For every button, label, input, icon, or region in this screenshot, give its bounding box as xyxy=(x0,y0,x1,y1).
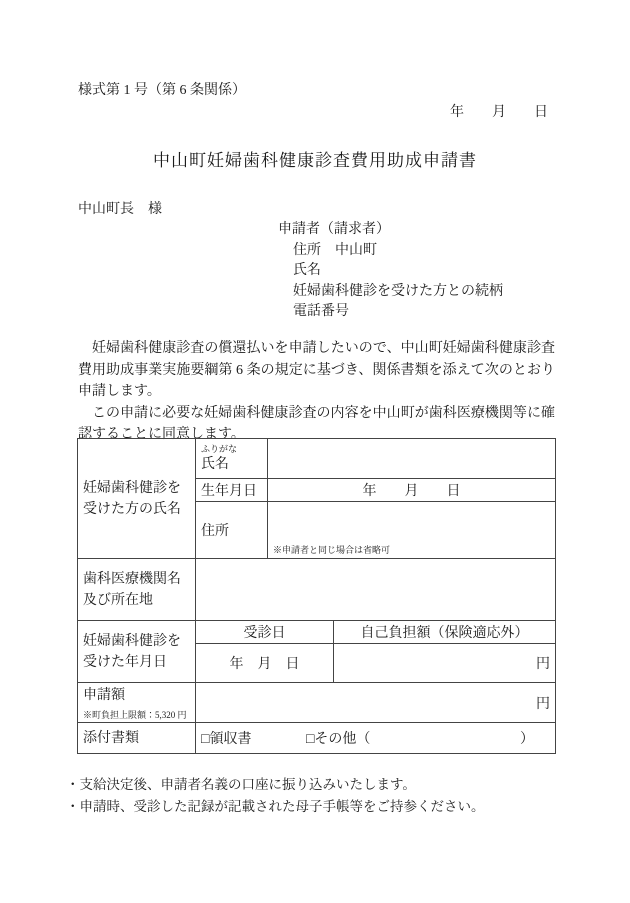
applicant-address: 住所 中山町 xyxy=(293,241,503,262)
page-title: 中山町妊婦歯科健康診査費用助成申請書 xyxy=(0,146,630,171)
birthdate-input-cell[interactable]: 年 月 日 xyxy=(268,479,556,502)
yen-unit-label: 円 xyxy=(536,657,550,672)
application-table: 妊婦歯科健診を 受けた方の氏名 ふりがな 氏名 生年月日 年 月 日 住所 ※申… xyxy=(77,438,556,754)
furigana-label: ふりがな xyxy=(201,443,262,455)
amount-limit-note: ※町負担上限額：5,320 円 xyxy=(83,709,190,721)
address-label-cell: 住所 xyxy=(196,502,268,559)
name-label: 氏名 xyxy=(201,455,262,475)
applicant-relation: 妊婦歯科健診を受けた方との続柄 xyxy=(293,282,503,303)
yen-unit-label: 円 xyxy=(536,697,550,712)
examinee-label-line1: 妊婦歯科健診を xyxy=(83,478,190,499)
address-note: ※申請者と同じ場合は省略可 xyxy=(273,543,390,556)
clinic-label-line2: 及び所在地 xyxy=(83,590,190,611)
applicant-block: 申請者（請求者） 住所 中山町 氏名 妊婦歯科健診を受けた方との続柄 電話番号 xyxy=(278,220,503,323)
amount-label: 申請額 xyxy=(83,685,190,706)
visit-date-header-cell: 受診日 xyxy=(196,621,334,644)
table-row: 妊婦歯科健診を 受けた年月日 受診日 自己負担額（保険適応外） xyxy=(78,621,556,644)
attachments-input-cell: □領収書 □その他（ ） xyxy=(196,723,556,754)
form-number: 様式第 1 号（第 6 条関係） xyxy=(78,79,246,99)
application-form-page: 様式第 1 号（第 6 条関係） 年 月 日 中山町妊婦歯科健康診査費用助成申請… xyxy=(0,0,630,903)
date-line: 年 月 日 xyxy=(450,101,548,121)
other-close-paren: ） xyxy=(520,732,534,747)
footnotes-block: ・支給決定後、申請者名義の口座に振り込みいたします。 ・申請時、受診した記録が記… xyxy=(66,774,485,818)
receipt-checkbox[interactable]: □領収書 xyxy=(201,732,251,747)
paragraph-request: 妊婦歯科健康診査の償還払いを申請したいので、中山町妊婦歯科健康診査費用助成事業実… xyxy=(78,338,555,403)
clinic-label-cell: 歯科医療機関名 及び所在地 xyxy=(78,559,196,621)
exam-date-label-line1: 妊婦歯科健診を xyxy=(83,631,190,652)
exam-date-label-cell: 妊婦歯科健診を 受けた年月日 xyxy=(78,621,196,683)
table-row: 妊婦歯科健診を 受けた方の氏名 ふりがな 氏名 xyxy=(78,439,556,479)
amount-label-cell: 申請額 ※町負担上限額：5,320 円 xyxy=(78,683,196,723)
other-checkbox[interactable]: □その他（ xyxy=(306,732,370,747)
table-row: 添付書類 □領収書 □その他（ ） xyxy=(78,723,556,754)
table-row: 申請額 ※町負担上限額：5,320 円 円 xyxy=(78,683,556,723)
examinee-name-label-cell: 妊婦歯科健診を 受けた方の氏名 xyxy=(78,439,196,559)
exam-date-label-line2: 受けた年月日 xyxy=(83,652,190,673)
visit-date-input-cell[interactable]: 年 月 日 xyxy=(196,644,334,683)
applicant-phone: 電話番号 xyxy=(293,302,503,323)
examinee-label-line2: 受けた方の氏名 xyxy=(83,499,190,520)
attachments-label-cell: 添付書類 xyxy=(78,723,196,754)
note-bring-booklet: ・申請時、受診した記録が記載された母子手帳等をご持参ください。 xyxy=(66,796,485,818)
body-paragraphs: 妊婦歯科健康診査の償還払いを申請したいので、中山町妊婦歯科健康診査費用助成事業実… xyxy=(78,338,555,446)
self-pay-input-cell[interactable]: 円 xyxy=(334,644,556,683)
applicant-heading: 申請者（請求者） xyxy=(278,220,503,241)
table-row: 歯科医療機関名 及び所在地 xyxy=(78,559,556,621)
birthdate-label-cell: 生年月日 xyxy=(196,479,268,502)
clinic-input-cell[interactable] xyxy=(196,559,556,621)
self-pay-header-cell: 自己負担額（保険適応外） xyxy=(334,621,556,644)
applicant-name: 氏名 xyxy=(293,261,503,282)
address-input-cell[interactable]: ※申請者と同じ場合は省略可 xyxy=(268,502,556,559)
note-payment: ・支給決定後、申請者名義の口座に振り込みいたします。 xyxy=(66,774,485,796)
clinic-label-line1: 歯科医療機関名 xyxy=(83,569,190,590)
furigana-name-label-cell: ふりがな 氏名 xyxy=(196,439,268,479)
addressee: 中山町長 様 xyxy=(78,198,162,218)
amount-input-cell[interactable]: 円 xyxy=(196,683,556,723)
name-input-cell[interactable] xyxy=(268,439,556,479)
